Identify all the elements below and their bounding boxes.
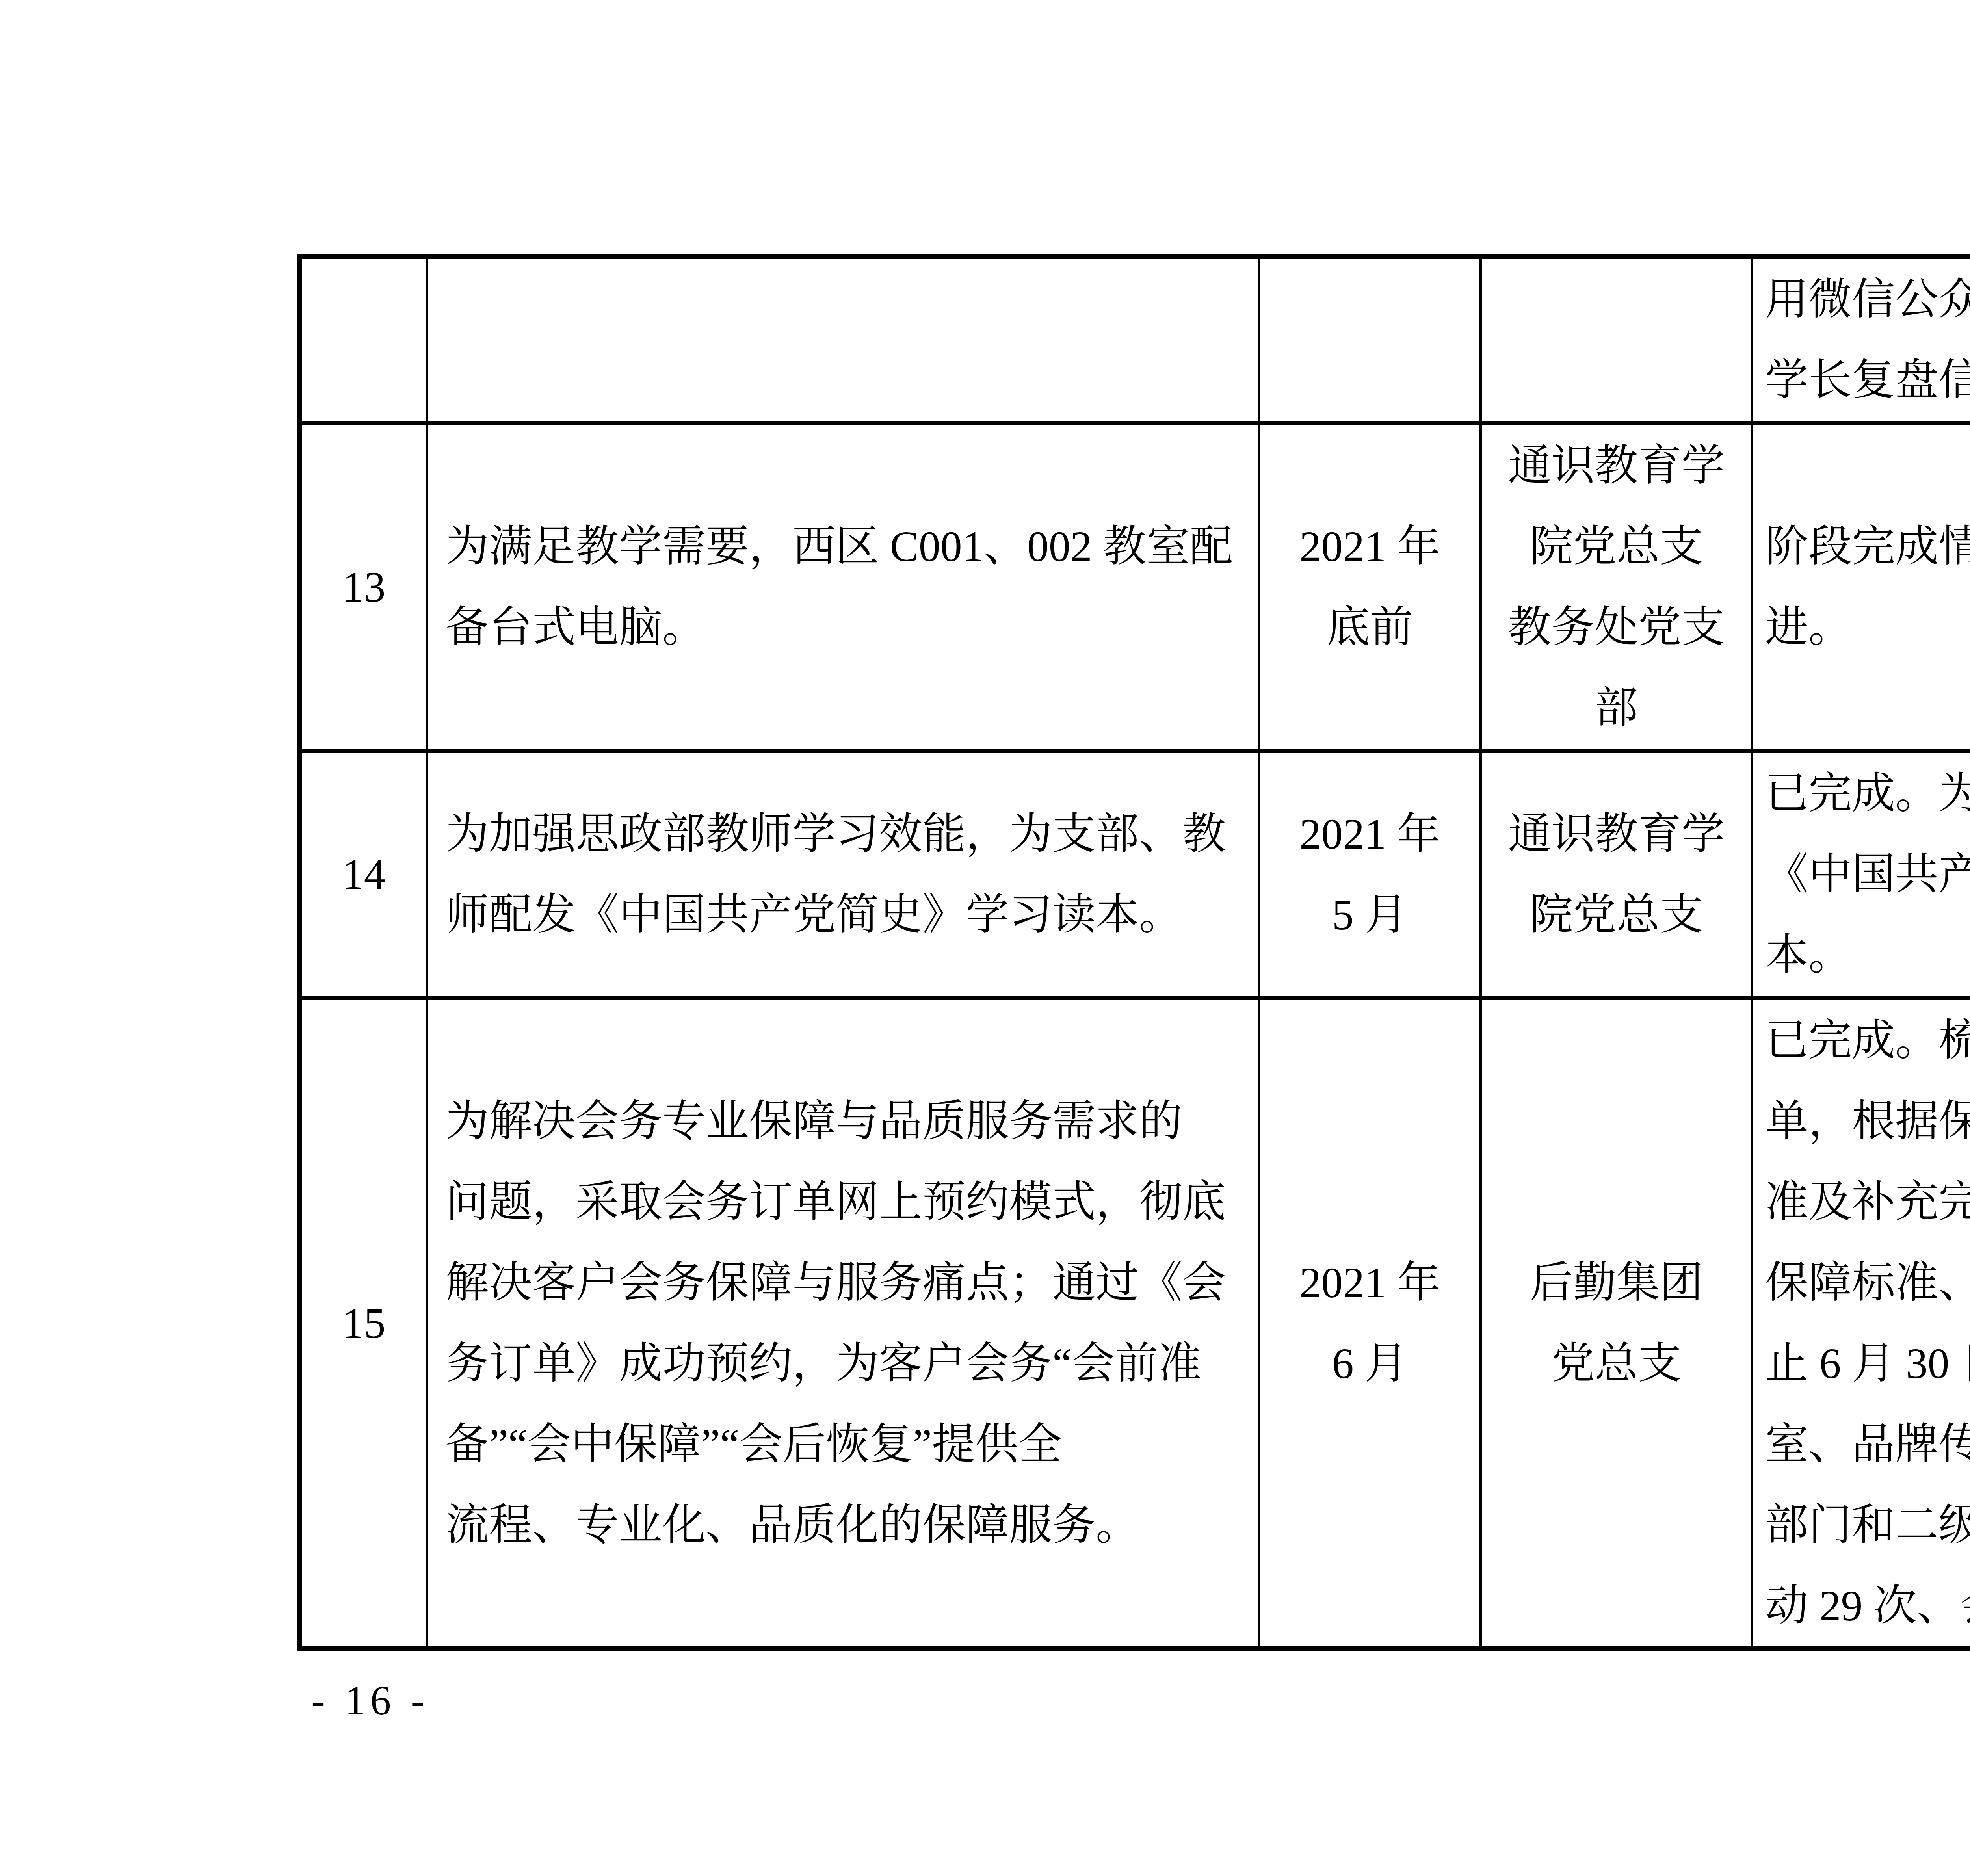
- document-page: { "page": { "number_label": "- 16 -" }, …: [0, 0, 1970, 1876]
- row-number-cell: 13: [300, 423, 427, 751]
- status-cell: 阶段完成情况。正在协调推 进。: [1752, 423, 1970, 751]
- status-cell: 用微信公众号发布每日股市 学长复盘信息 96 次。: [1752, 257, 1970, 423]
- row-number-cell: 15: [300, 998, 427, 1649]
- description-cell: 为满足教学需要，西区 C001、002 教室配 备台式电脑。: [427, 423, 1259, 751]
- table-row-14: 14 为加强思政部教师学习效能，为支部、教 师配发《中国共产党简史》学习读本。 …: [300, 751, 1970, 998]
- table-row-continuation: 用微信公众号发布每日股市 学长复盘信息 96 次。: [300, 257, 1970, 423]
- department-cell: 通识教育学 院党总支: [1481, 751, 1752, 998]
- status-cell: 已完成。梳理制定了会务订 单，根据保障内容形成订单标 准及补充完善会务服务相应 …: [1752, 998, 1970, 1649]
- deadline-cell: 2021 年 6 月: [1259, 998, 1481, 1649]
- department-cell: [1481, 257, 1752, 423]
- tasks-table: 用微信公众号发布每日股市 学长复盘信息 96 次。 13 为满足教学需要，西区 …: [297, 254, 1970, 1651]
- table-row-13: 13 为满足教学需要，西区 C001、002 教室配 备台式电脑。 2021 年…: [300, 423, 1970, 751]
- description-cell: [427, 257, 1259, 423]
- deadline-cell: 2021 年 5 月: [1259, 751, 1481, 998]
- deadline-cell: 2021 年 底前: [1259, 423, 1481, 751]
- description-cell: 为解决会务专业保障与品质服务需求的 问题，采取会务订单网上预约模式，彻底 解决客…: [427, 998, 1259, 1649]
- deadline-cell: [1259, 257, 1481, 423]
- status-cell: 已完成。为思政部教师配发 《中国共产党简史》学习读 本。: [1752, 751, 1970, 998]
- description-cell: 为加强思政部教师学习效能，为支部、教 师配发《中国共产党简史》学习读本。: [427, 751, 1259, 998]
- department-cell: 通识教育学 院党总支 教务处党支 部: [1481, 423, 1752, 751]
- row-number-cell: 14: [300, 751, 427, 998]
- page-number: - 16 -: [311, 1667, 429, 1734]
- table-row-15: 15 为解决会务专业保障与品质服务需求的 问题，采取会务订单网上预约模式，彻底 …: [300, 998, 1970, 1649]
- department-cell: 后勤集团 党总支: [1481, 998, 1752, 1649]
- row-number-cell: [300, 257, 427, 423]
